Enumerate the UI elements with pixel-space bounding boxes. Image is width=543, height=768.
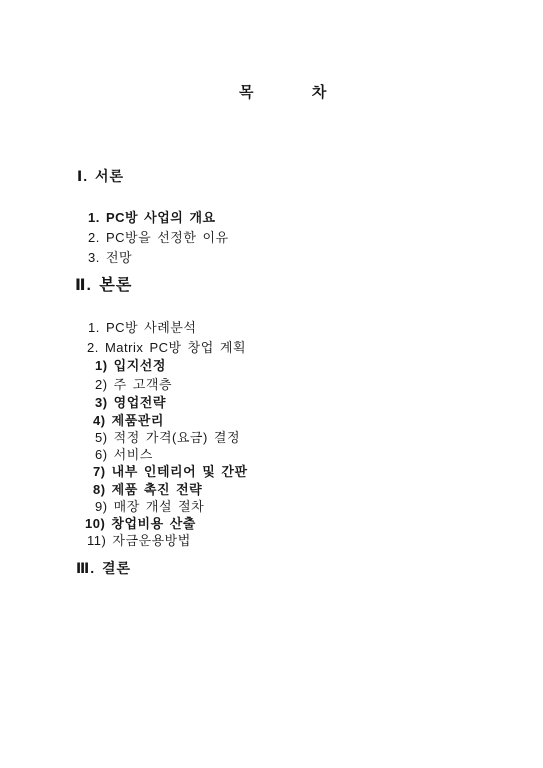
- section-heading-conclusion: Ⅲ. 결론: [76, 560, 131, 576]
- toc-subitem: 8) 제품 촉진 전략: [93, 482, 202, 498]
- toc-subitem: 1) 입지선정: [95, 358, 166, 374]
- toc-subitem: 2) 주 고객층: [95, 377, 172, 393]
- toc-item: 1. PC방 사업의 개요: [88, 210, 216, 226]
- section-heading-body: Ⅱ. 본론: [75, 278, 132, 294]
- toc-subitem: 4) 제품관리: [93, 413, 164, 429]
- toc-subitem: 9) 매장 개설 절차: [95, 499, 204, 515]
- toc-subitem: 11) 자금운용방법: [87, 533, 191, 549]
- toc-subitem: 6) 서비스: [95, 447, 153, 463]
- toc-item: 3. 전망: [88, 250, 132, 266]
- toc-subitem: 10) 창업비용 산출: [85, 516, 196, 532]
- toc-subitem: 3) 영업전략: [95, 395, 166, 411]
- toc-item: 2. Matrix PC방 창업 계획: [87, 340, 246, 356]
- toc-subitem: 7) 내부 인테리어 및 간판: [93, 464, 248, 480]
- toc-item: 2. PC방을 선정한 이유: [88, 230, 229, 246]
- toc-subitem: 5) 적정 가격(요금) 결정: [95, 430, 240, 446]
- document-page: 목 차 Ⅰ. 서론 1. PC방 사업의 개요 2. PC방을 선정한 이유 3…: [0, 0, 543, 768]
- page-title: 목 차: [239, 85, 327, 101]
- toc-item: 1. PC방 사례분석: [88, 320, 196, 336]
- section-heading-intro: Ⅰ. 서론: [77, 168, 124, 184]
